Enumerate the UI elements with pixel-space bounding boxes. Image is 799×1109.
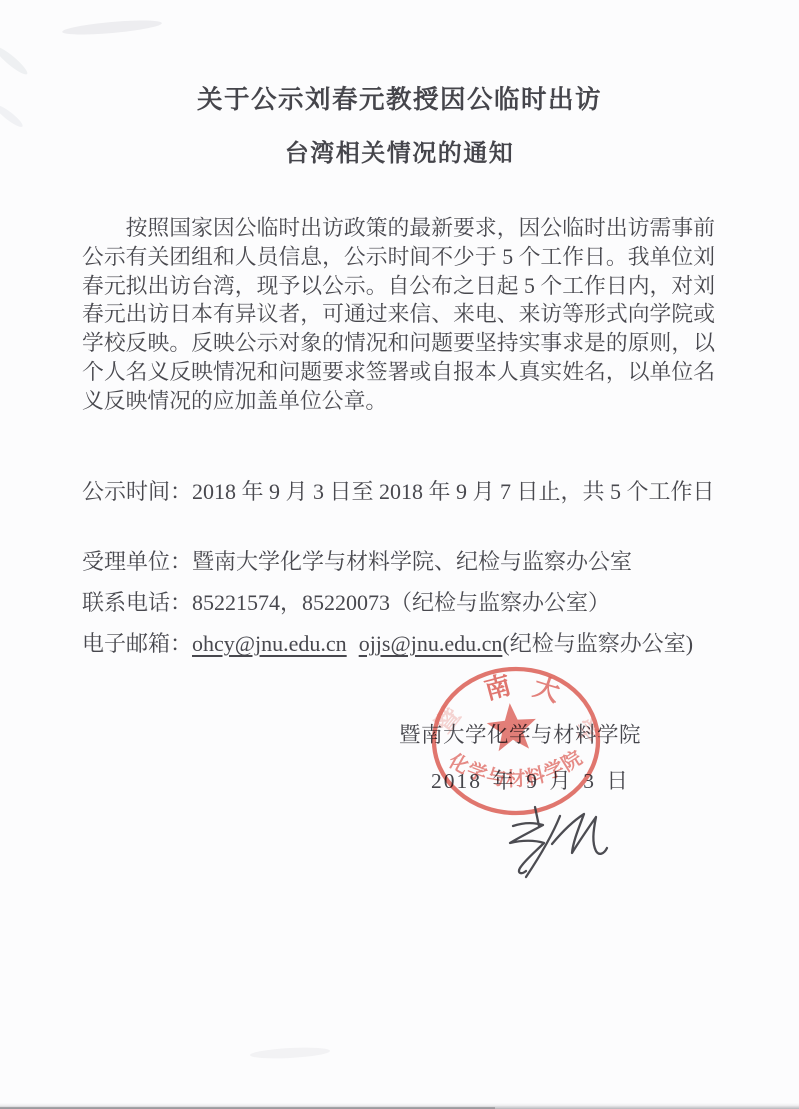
publicity-period-label: 公示时间： xyxy=(82,479,192,504)
phone-value: 85221574，85220073（纪检与监察办公室） xyxy=(192,590,610,615)
phone-line: 联系电话：85221574，85220073（纪检与监察办公室） xyxy=(82,587,715,619)
document-title-line2: 台湾相关情况的通知 xyxy=(0,138,799,170)
handwritten-signature xyxy=(480,790,630,900)
signature-stroke xyxy=(510,823,544,873)
publicity-period-value: 2018 年 9 月 3 日至 2018 年 9 月 7 日止，共 5 个工作日 xyxy=(192,479,715,504)
document-title-line1: 关于公示刘春元教授因公临时出访 xyxy=(0,84,799,116)
seal-bottom-text: 化学与材料学院 xyxy=(444,745,587,790)
seal-char-da: 大 xyxy=(530,672,563,707)
body-paragraph: 按照国家因公临时出访政策的最新要求，因公临时出访需事前公示有关团组和人员信息，公… xyxy=(82,214,715,416)
seal-star-icon xyxy=(485,701,538,752)
email-line: 电子邮箱：ohcy@jnu.edu.cnojjs@jnu.edu.cn(纪检与监… xyxy=(82,628,715,660)
email-address-2: ojjs@jnu.edu.cn xyxy=(359,631,503,656)
scan-smudge xyxy=(250,1046,330,1060)
seal-char-nan: 南 xyxy=(481,670,514,705)
document-page: 关于公示刘春元教授因公临时出访 台湾相关情况的通知 按照国家因公临时出访政策的最… xyxy=(0,0,799,1109)
accepting-unit-label: 受理单位： xyxy=(82,549,192,574)
signature-stroke xyxy=(552,814,607,854)
phone-label: 联系电话： xyxy=(82,590,192,615)
publicity-period-line: 公示时间：2018 年 9 月 3 日至 2018 年 9 月 7 日止，共 5… xyxy=(82,476,715,508)
scan-edge-shadow xyxy=(0,1103,799,1109)
scan-smudge xyxy=(62,18,163,38)
scan-smudge xyxy=(0,44,30,78)
accepting-unit-value: 暨南大学化学与材料学院、纪检与监察办公室 xyxy=(192,549,632,574)
accepting-unit-line: 受理单位：暨南大学化学与材料学院、纪检与监察办公室 xyxy=(82,546,715,578)
email-suffix: (纪检与监察办公室) xyxy=(502,631,693,656)
email-address-1: ohcy@jnu.edu.cn xyxy=(192,631,347,656)
email-label: 电子邮箱： xyxy=(82,631,192,656)
